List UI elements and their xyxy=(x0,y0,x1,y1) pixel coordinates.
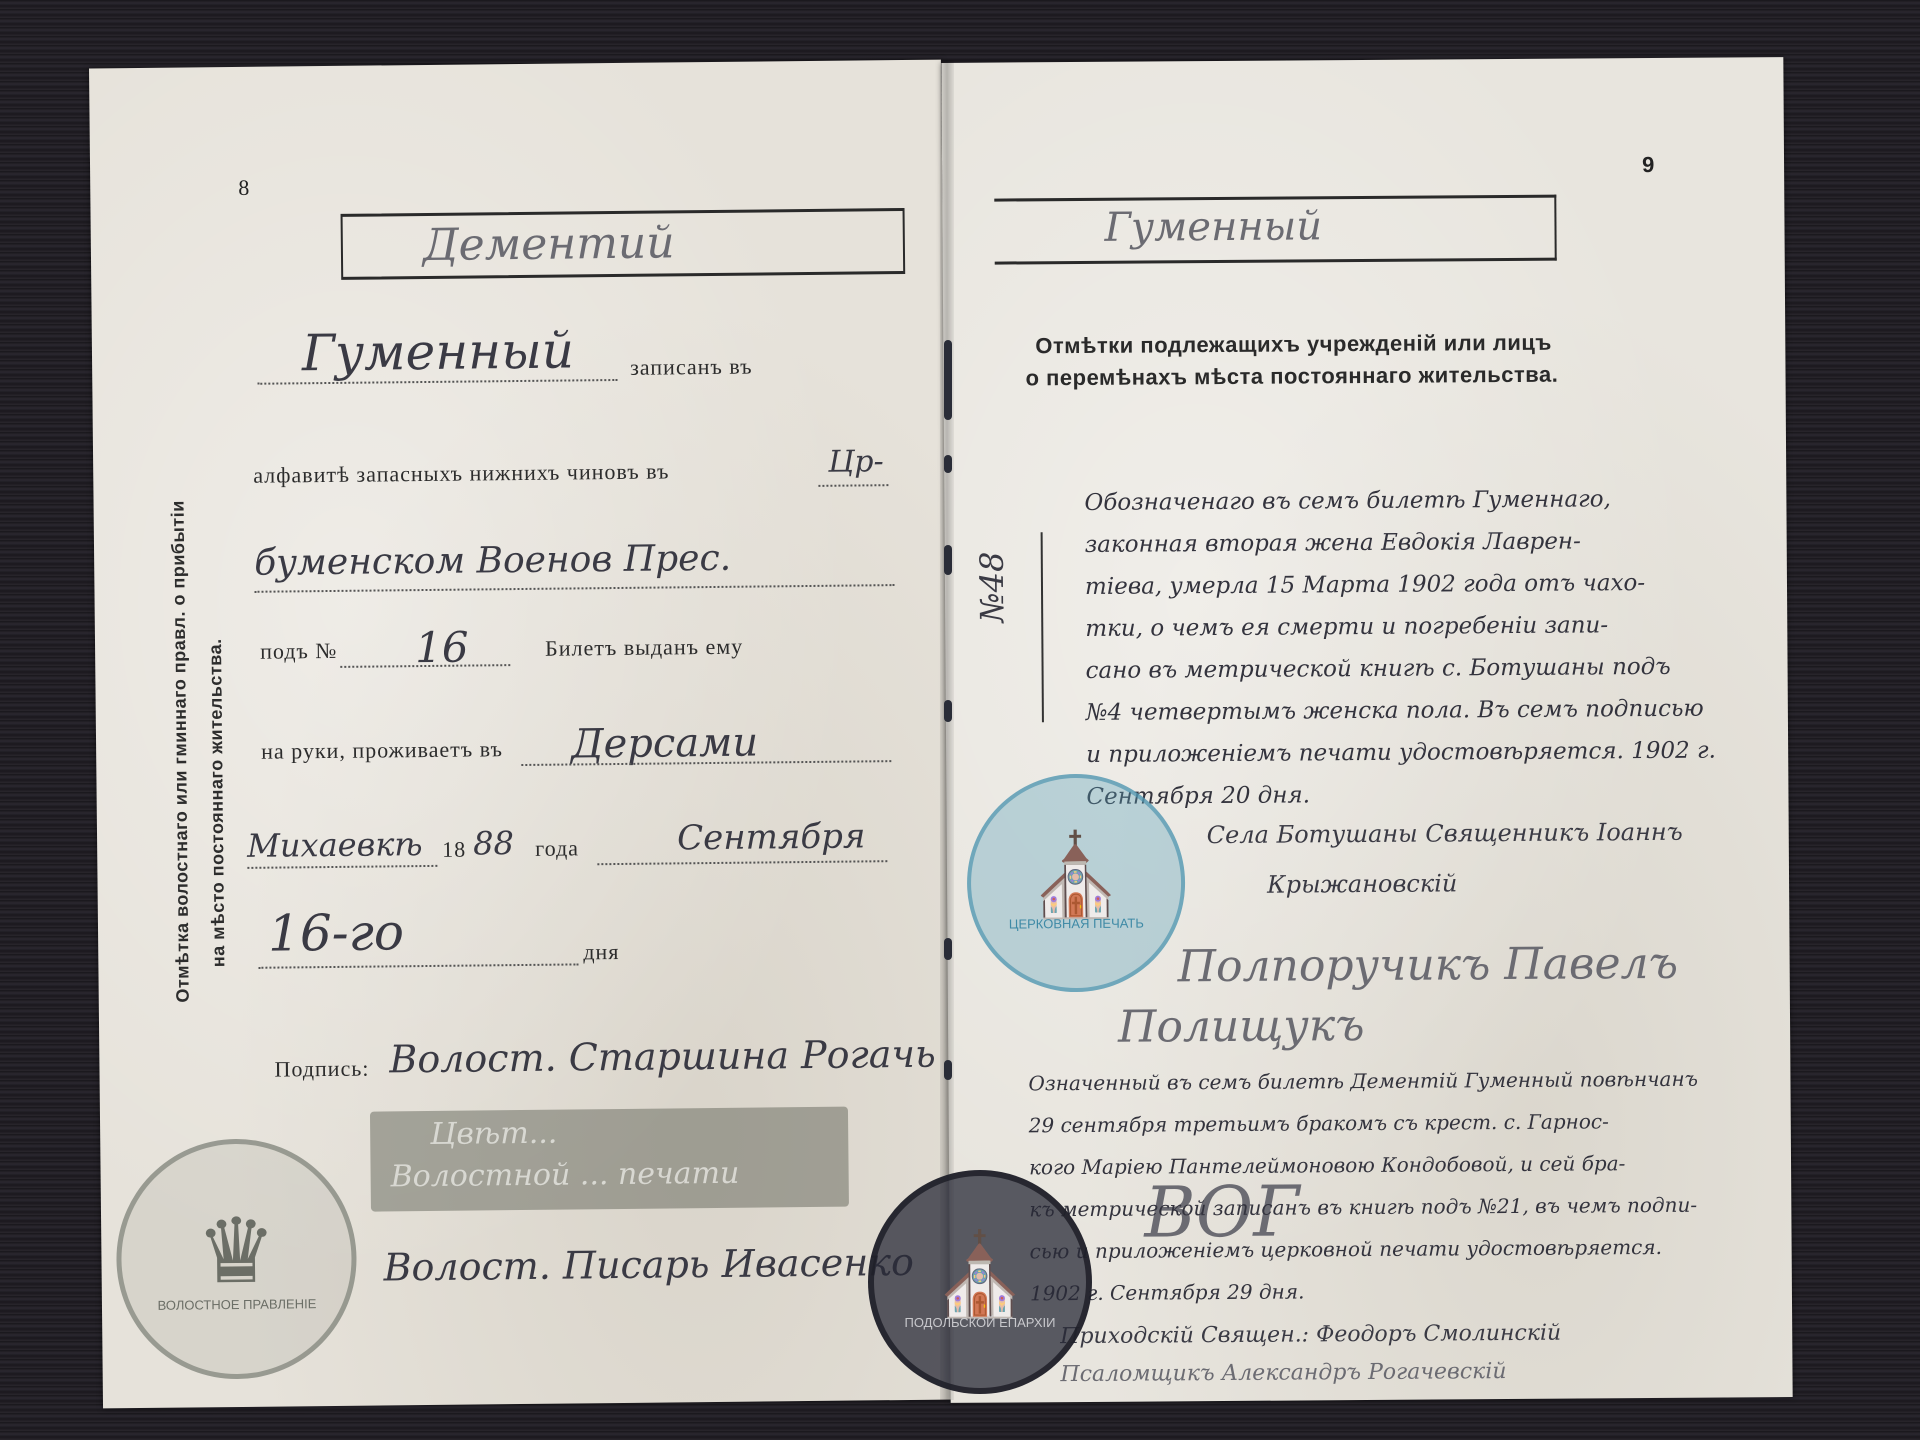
label-day: дня xyxy=(583,939,619,965)
surname-box-handwritten: Гуменный xyxy=(1104,203,1322,251)
entry1-line: тки, о чемъ ея смерти и погребеніи запи- xyxy=(1085,604,1715,650)
entry2-line: Означенный въ семъ билетѣ Дементій Гумен… xyxy=(1028,1058,1698,1105)
overlay-signature-2: Полищукъ xyxy=(1118,1000,1365,1053)
entry2-line: къ метрической записанъ въ книгѣ подъ №2… xyxy=(1029,1184,1699,1231)
entry-marriage-record: Означенный въ семъ билетѣ Дементій Гумен… xyxy=(1028,1058,1699,1315)
double-headed-eagle-icon: ♛ xyxy=(157,1206,317,1298)
label-on-hands: на руки, проживаетъ въ xyxy=(261,736,503,765)
binding-stitch xyxy=(944,455,952,473)
label-alphabet: алфавитѣ запасныхъ нижнихъ чиновъ въ xyxy=(253,458,669,488)
entry-death-record: Обозначенаго въ семъ билетѣ Гуменнаго, з… xyxy=(1084,478,1716,818)
label-recorded-in: записанъ въ xyxy=(630,354,753,381)
binding-stitch xyxy=(944,700,952,722)
entry1-line: сано въ метрической книгѣ с. Ботушаны по… xyxy=(1085,646,1715,692)
district-dotted-line xyxy=(254,584,894,593)
entry1-line: тіева, умерла 15 Марта 1902 года отъ чах… xyxy=(1085,562,1715,608)
day-handwritten: 16-го xyxy=(268,903,404,962)
vertical-caption-line1: Отмѣтка волостнаго или гминнаго правл. о… xyxy=(168,500,194,1003)
stamp-text-line1: Цвѣт... xyxy=(430,1116,558,1152)
heading-line2: о перемѣнахъ мѣста постояннаго жительств… xyxy=(1025,359,1558,395)
label-ticket-issued: Билетъ выданъ ему xyxy=(545,634,743,662)
residence-handwritten-2: Михаевкѣ xyxy=(247,825,423,865)
entry1-signature-line1: Села Ботушаны Священникъ Іоаннъ xyxy=(1207,818,1683,849)
entry1-line: Обозначенаго въ семъ билетѣ Гуменнаго, xyxy=(1084,478,1714,524)
vertical-caption-line2: на мѣсто постояннаго жительства. xyxy=(205,638,229,967)
label-under-no: подъ № xyxy=(260,638,337,665)
entry2-signature-line1: Приходскій Священ.: Феодоръ Смолинскій xyxy=(1060,1321,1561,1349)
residence-handwritten-1: Дерсами xyxy=(571,720,758,768)
page-number-right: 9 xyxy=(1642,152,1654,178)
heading-line1: Отмѣтки подлежащихъ учрежденій или лицъ xyxy=(1035,327,1552,363)
right-page: 9 Гуменный Отмѣтки подлежащихъ учреждені… xyxy=(941,57,1792,1403)
entry1-line: №4 четвертымъ женска пола. Въ семъ подпи… xyxy=(1086,688,1716,734)
given-name-box: Дементий xyxy=(341,208,906,280)
entry1-line: законная вторая жена Евдокія Лаврен- xyxy=(1085,520,1715,566)
blue-church-seal: ⛪ ЦЕРКОВНАЯ ПЕЧАТЬ xyxy=(966,773,1186,993)
signature-handwritten: Волост. Старшина Рогачь xyxy=(389,1032,936,1082)
eagle-seal: ♛ ВОЛОСТНОЕ ПРАВЛЕНІЕ xyxy=(115,1138,358,1381)
given-name-handwritten: Дементий xyxy=(423,217,675,271)
surname-handwritten: Гуменный xyxy=(302,321,575,382)
entry2-signature-line2: Псаломщикъ Александръ Рогачевскій xyxy=(1060,1359,1506,1387)
entry2-line: 29 сентября третьимъ бракомъ съ крест. с… xyxy=(1029,1100,1699,1147)
black-seal-text: ПОДОЛЬСКОЙ ЕПАРХІИ xyxy=(905,1315,1056,1330)
blue-seal-text: ЦЕРКОВНАЯ ПЕЧАТЬ xyxy=(1009,915,1144,931)
overlay-signature-1: Полпоручикъ Павелъ xyxy=(1177,938,1678,992)
binding-stitch xyxy=(944,545,952,575)
church-icon: ⛪ xyxy=(905,1235,1056,1315)
month-dotted-line xyxy=(597,860,887,865)
day-dotted-line xyxy=(258,963,578,968)
margin-line xyxy=(1041,532,1044,722)
surname-box: Гуменный xyxy=(994,195,1556,265)
label-year: года xyxy=(535,835,579,861)
eagle-seal-text: ВОЛОСТНОЕ ПРАВЛЕНІЕ xyxy=(158,1296,317,1313)
year-handwritten: 88 xyxy=(473,824,514,862)
entry1-line: Сентября 20 дня. xyxy=(1086,772,1716,818)
alphabet-handwritten: Цр- xyxy=(828,444,884,480)
stamp-text-line2: Волостной ... печати xyxy=(390,1156,739,1195)
binding-stitch xyxy=(944,340,952,420)
entry1-line: и приложеніемъ печати удостовѣряется. 19… xyxy=(1086,730,1716,776)
residence2-dotted-line xyxy=(247,865,437,869)
entry1-signature-line2: Крыжановскій xyxy=(1267,869,1457,898)
binding-stitch xyxy=(944,938,952,960)
entry2-line: кого Маріею Пантелеймоновою Кондобовой, … xyxy=(1029,1142,1699,1189)
rectangular-stamp: Цвѣт... Волостной ... печати xyxy=(370,1107,849,1212)
page-number-left: 8 xyxy=(238,175,249,201)
binding-stitch xyxy=(944,1060,952,1080)
label-year-prefix: 18 xyxy=(442,837,466,863)
left-page: 8 Дементий Отмѣтка волостнаго или гминна… xyxy=(89,60,955,1409)
margin-number: №48 xyxy=(973,551,1011,622)
month-handwritten: Сентября xyxy=(677,816,866,858)
district-handwritten: буменском Военов Прес. xyxy=(254,538,731,584)
black-church-seal: ⛪ ПОДОЛЬСКОЙ ЕПАРХІИ xyxy=(868,1170,1092,1394)
entry2-line: сью и приложеніемъ церковной печати удос… xyxy=(1029,1226,1699,1273)
bottom-signature: Волост. Писарь Ивасенко xyxy=(383,1240,914,1290)
entry2-line: 1902 г. Сентября 29 дня. xyxy=(1030,1268,1700,1315)
alphabet-dotted-line xyxy=(818,484,888,487)
label-signature: Подпись: xyxy=(274,1056,369,1083)
church-icon: ⛪ xyxy=(1008,835,1144,916)
